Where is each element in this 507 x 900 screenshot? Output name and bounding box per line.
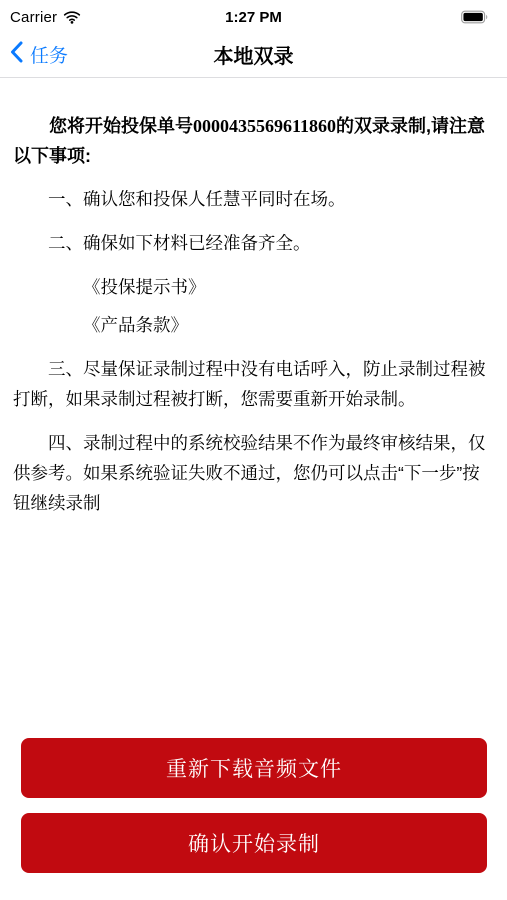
intro-prefix: 您将开始投保单号 <box>49 116 193 136</box>
back-button[interactable]: 任务 <box>10 41 68 68</box>
redownload-audio-button[interactable]: 重新下载音频文件 <box>21 738 487 798</box>
material-item-1: 《投保提示书》 <box>13 272 494 302</box>
notice-content: 您将开始投保单号0000435569611860的双录录制,请注意以下事项: 一… <box>0 78 507 738</box>
status-bar-left: Carrier <box>10 9 81 26</box>
chevron-left-icon <box>10 41 23 68</box>
carrier-label: Carrier <box>10 9 57 26</box>
notice-item-2: 二、确保如下材料已经准备齐全。 <box>13 228 494 258</box>
button-area: 重新下载音频文件 确认开始录制 <box>0 738 507 900</box>
battery-icon <box>461 10 489 24</box>
nav-bar: 任务 本地双录 <box>0 32 507 78</box>
policy-number: 0000435569611860 <box>193 116 336 136</box>
page-title: 本地双录 <box>0 40 507 69</box>
material-item-2: 《产品条款》 <box>13 310 494 340</box>
notice-item-1: 一、确认您和投保人任慧平同时在场。 <box>13 184 494 214</box>
notice-item-3: 三、尽量保证录制过程中没有电话呼入，防止录制过程被打断，如果录制过程被打断，您需… <box>13 354 494 414</box>
intro-paragraph: 您将开始投保单号0000435569611860的双录录制,请注意以下事项: <box>13 111 494 171</box>
app-screen: Carrier 1:27 PM <box>0 0 507 900</box>
notice-item-4: 四、录制过程中的系统校验结果不作为最终审核结果，仅供参考。如果系统验证失败不通过… <box>13 428 494 518</box>
wifi-icon <box>63 10 81 24</box>
status-bar: Carrier 1:27 PM <box>0 0 507 32</box>
status-bar-right <box>461 10 497 24</box>
back-button-label: 任务 <box>30 41 68 68</box>
confirm-start-recording-button[interactable]: 确认开始录制 <box>21 813 487 873</box>
